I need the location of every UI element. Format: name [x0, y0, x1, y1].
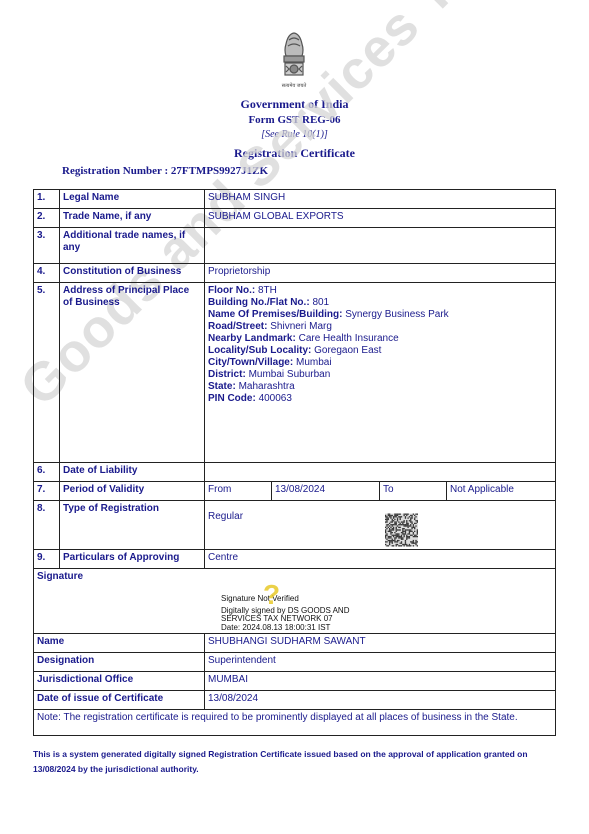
certificate-page: सत्यमेव जयते Government of India Form GS… [0, 0, 589, 834]
row-period-of-validity: 7. Period of Validity From 13/08/2024 To… [34, 482, 556, 501]
row-note: Note: The registration certificate is re… [34, 710, 556, 736]
row-address: 5. Address of Principal Place of Busines… [34, 283, 556, 463]
signature-unverified-icon: ? [263, 589, 280, 601]
footer-statement: This is a system generated digitally sig… [33, 747, 558, 777]
row-additional-trade-names: 3. Additional trade names, if any [34, 228, 556, 264]
row-trade-name: 2. Trade Name, if any SUBHAM GLOBAL EXPO… [34, 209, 556, 228]
row-date-of-liability: 6. Date of Liability [34, 463, 556, 482]
svg-text:सत्यमेव जयते: सत्यमेव जयते [282, 82, 307, 89]
rule-reference: [See Rule 10(1)] [0, 129, 589, 140]
digital-signature[interactable]: Signature Not Verified Digitally signed … [221, 595, 350, 632]
note-text: Note: The registration certificate is re… [34, 710, 556, 736]
row-officer-name: Name SHUBHANGI SUDHARM SAWANT [34, 634, 556, 653]
row-particulars-of-approving: 9. Particulars of Approving Centre [34, 550, 556, 569]
signature-label: Signature [37, 571, 552, 583]
national-emblem-icon: सत्यमेव जयते [276, 30, 312, 90]
certificate-title: Registration Certificate [0, 146, 589, 161]
form-title: Form GST REG-06 [0, 114, 589, 126]
row-constitution: 4. Constitution of Business Proprietorsh… [34, 264, 556, 283]
qr-code-icon[interactable] [385, 513, 418, 547]
row-designation: Designation Superintendent [34, 653, 556, 672]
row-signature: Signature Signature Not Verified Digital… [34, 569, 556, 634]
government-title: Government of India [0, 97, 589, 112]
address-block: Floor No.: 8TH Building No./Flat No.: 80… [205, 283, 556, 463]
row-date-of-issue: Date of issue of Certificate 13/08/2024 [34, 691, 556, 710]
row-jurisdictional-office: Jurisdictional Office MUMBAI [34, 672, 556, 691]
registration-number: Registration Number : 27FTMPS9927J1ZK [62, 165, 268, 177]
certificate-table: 1. Legal Name SUBHAM SINGH 2. Trade Name… [33, 189, 556, 736]
row-type-of-registration: 8. Type of Registration Regular [34, 501, 556, 550]
row-legal-name: 1. Legal Name SUBHAM SINGH [34, 190, 556, 209]
